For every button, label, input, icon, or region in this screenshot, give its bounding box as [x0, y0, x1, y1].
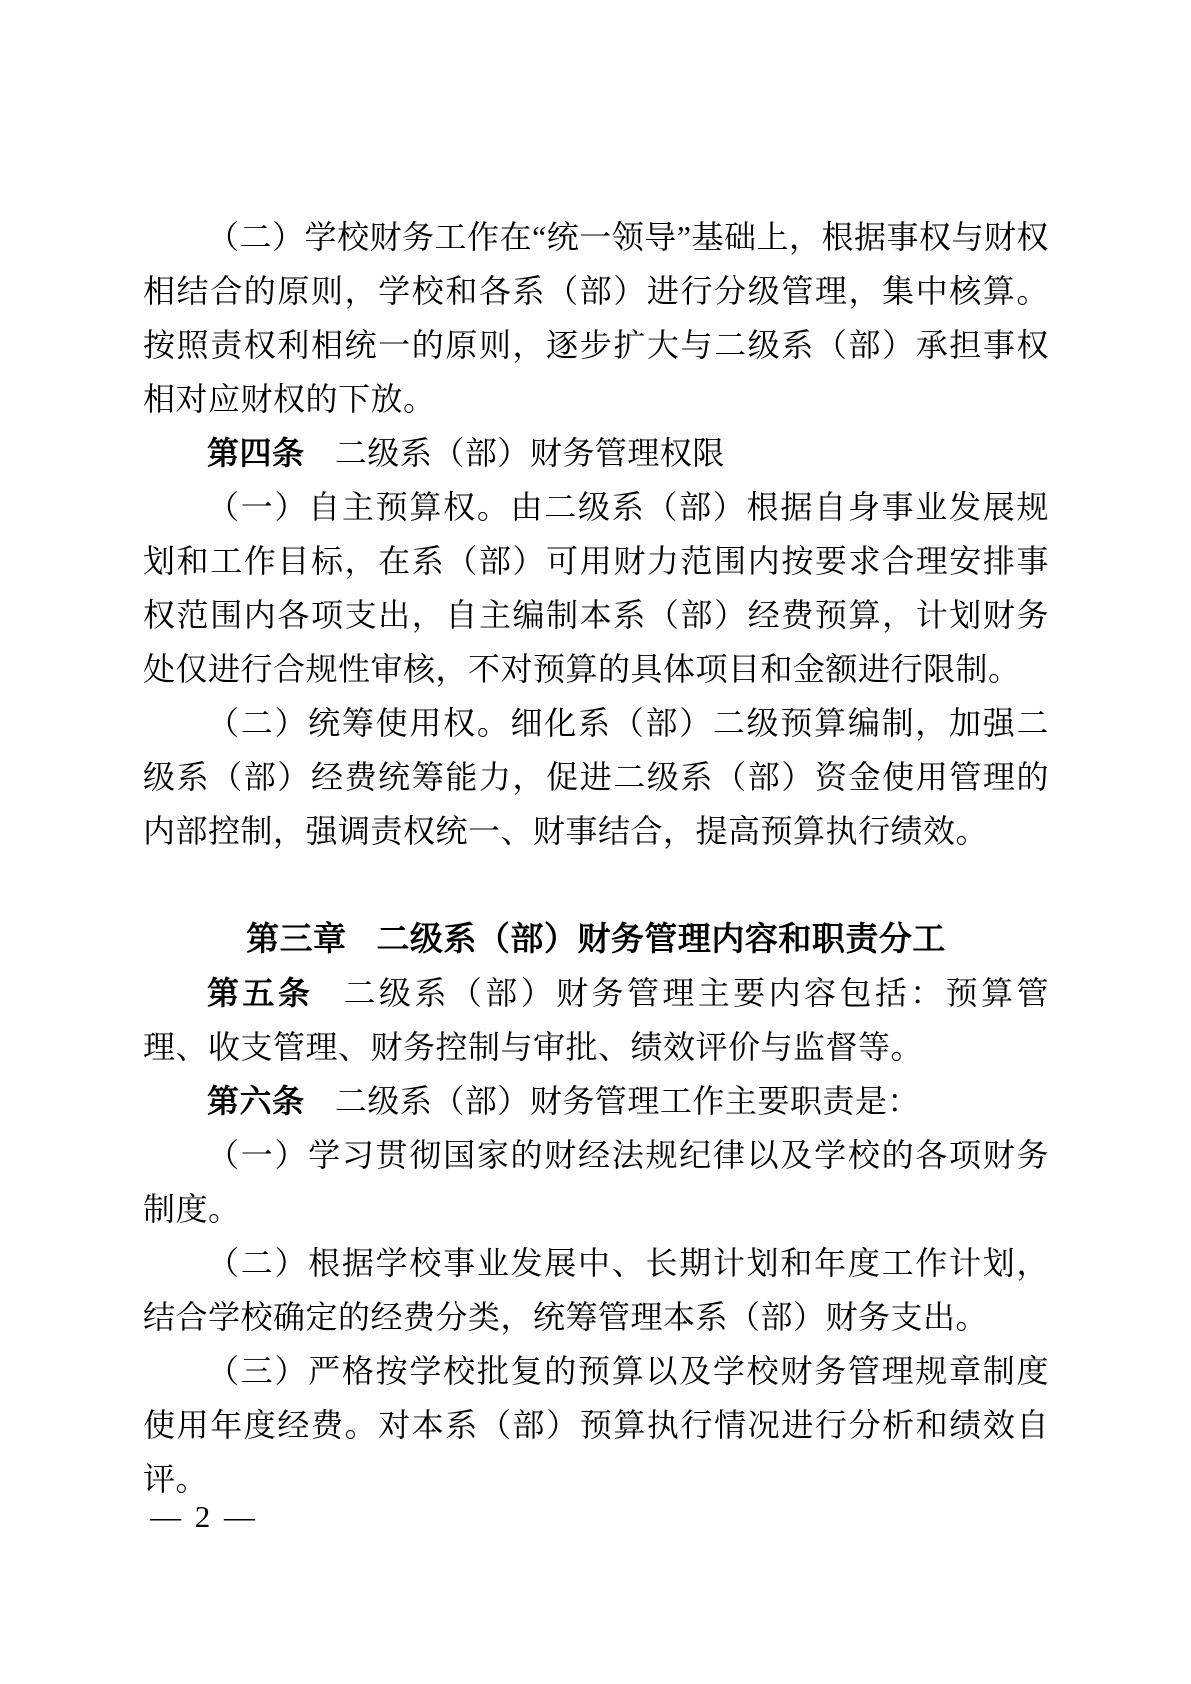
- paragraph-budget-autonomy: （一）自主预算权。由二级系（部）根据自身事业发展规划和工作目标，在系（部）可用财…: [143, 480, 1049, 696]
- article-6-label: 第六条: [207, 1083, 305, 1119]
- article-4-text: 二级系（部）财务管理权限: [335, 435, 725, 471]
- paragraph-unified-leadership: （二）学校财务工作在“统一领导”基础上，根据事权与财权相结合的原则，学校和各系（…: [143, 210, 1049, 426]
- page-number: — 2 —: [150, 1497, 258, 1537]
- article-clause-4: 第四条二级系（部）财务管理权限: [143, 426, 1049, 480]
- paragraph-duty-3: （三）严格按学校批复的预算以及学校财务管理规章制度使用年度经费。对本系（部）预算…: [143, 1344, 1049, 1506]
- chapter-3-heading: 第三章二级系（部）财务管理内容和职责分工: [143, 912, 1049, 966]
- article-5-label: 第五条: [207, 975, 313, 1011]
- document-page: （二）学校财务工作在“统一领导”基础上，根据事权与财权相结合的原则，学校和各系（…: [0, 0, 1191, 1684]
- chapter-3-title: 二级系（部）财务管理内容和职责分工: [376, 920, 946, 957]
- document-body: （二）学校财务工作在“统一领导”基础上，根据事权与财权相结合的原则，学校和各系（…: [143, 210, 1049, 1506]
- article-6-text: 二级系（部）财务管理工作主要职责是：: [335, 1083, 920, 1119]
- article-clause-5: 第五条二级系（部）财务管理主要内容包括：预算管理、收支管理、财务控制与审批、绩效…: [143, 966, 1049, 1074]
- article-clause-6: 第六条二级系（部）财务管理工作主要职责是：: [143, 1074, 1049, 1128]
- article-4-label: 第四条: [207, 435, 305, 471]
- paragraph-duty-1: （一）学习贯彻国家的财经法规纪律以及学校的各项财务制度。: [143, 1128, 1049, 1236]
- chapter-3-label: 第三章: [246, 920, 347, 957]
- paragraph-duty-2: （二）根据学校事业发展中、长期计划和年度工作计划，结合学校确定的经费分类，统筹管…: [143, 1236, 1049, 1344]
- paragraph-overall-use-right: （二）统筹使用权。细化系（部）二级预算编制，加强二级系（部）经费统筹能力，促进二…: [143, 696, 1049, 858]
